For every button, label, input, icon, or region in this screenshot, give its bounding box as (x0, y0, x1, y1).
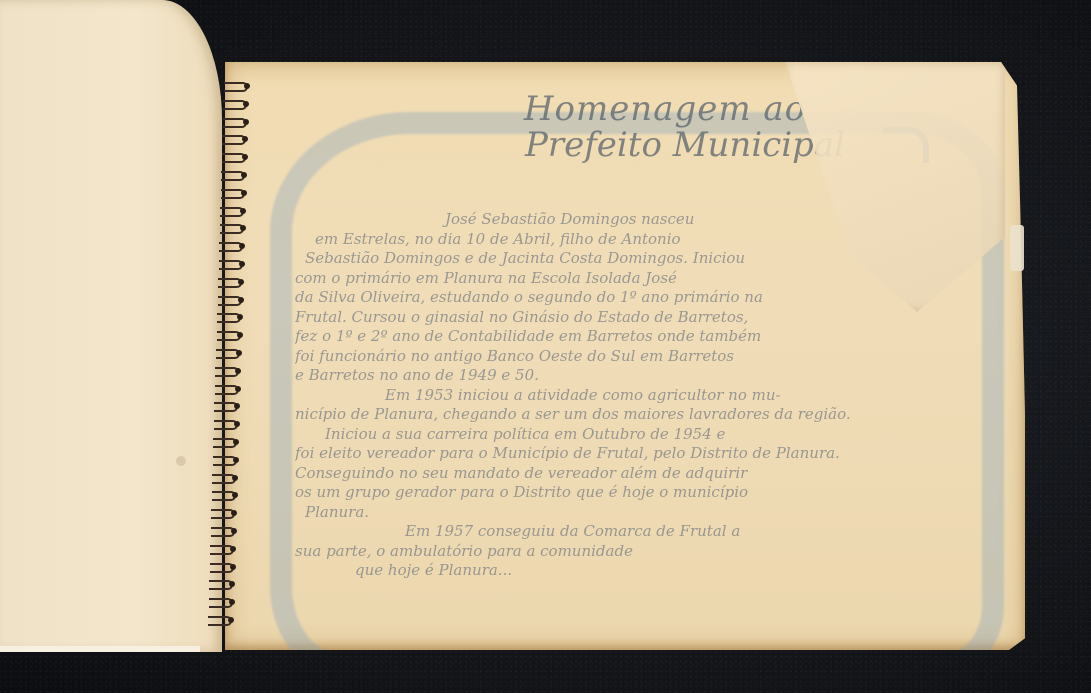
left-notebook-page (0, 0, 222, 652)
spiral-coil (213, 438, 237, 448)
text-line: Em 1953 iniciou a atividade como agricul… (295, 386, 935, 406)
spiral-coil (218, 278, 242, 288)
text-line: os um grupo gerador para o Distrito que … (295, 483, 935, 503)
spiral-binding (196, 70, 242, 630)
spiral-coil (212, 491, 236, 501)
text-line: Iniciou a sua carreira política em Outub… (295, 425, 935, 445)
spiral-coil (218, 296, 242, 306)
spiral-coil (223, 118, 247, 128)
spiral-coil (219, 260, 243, 270)
text-line: nicípio de Planura, chegando a ser um do… (295, 405, 935, 425)
spiral-coil (208, 616, 232, 626)
text-line: Conseguindo no seu mandato de vereador a… (295, 464, 935, 484)
spiral-coil (216, 349, 240, 359)
paper-stain (176, 456, 186, 466)
text-line: sua parte, o ambulatório para a comunida… (295, 542, 935, 562)
text-line: com o primário em Planura na Escola Isol… (295, 269, 935, 289)
spiral-coil (214, 420, 238, 430)
text-line: em Estrelas, no dia 10 de Abril, filho d… (295, 230, 935, 250)
text-line: e Barretos no ano de 1949 e 50. (295, 366, 935, 386)
text-line: foi funcionário no antigo Banco Oeste do… (295, 347, 935, 367)
spiral-coil (210, 545, 234, 555)
spiral-coil (221, 171, 245, 181)
spiral-coil (215, 385, 239, 395)
right-notebook-page: Homenagem ao Prefeito Municipal José Seb… (225, 62, 1025, 650)
spiral-coil (211, 527, 235, 537)
spiral-coil (220, 207, 244, 217)
spiral-coil (222, 153, 246, 163)
spiral-coil (210, 563, 234, 573)
spiral-coil (209, 580, 233, 590)
text-line: Em 1957 conseguiu da Comarca de Frutal a (295, 522, 935, 542)
page-edge (0, 646, 200, 652)
text-line: Planura. (295, 503, 935, 523)
spiral-coil (214, 402, 238, 412)
spiral-coil (215, 367, 239, 377)
text-line: Sebastião Domingos e de Jacinta Costa Do… (295, 249, 935, 269)
spiral-coil (213, 456, 237, 466)
spiral-coil (223, 100, 247, 110)
spiral-coil (211, 509, 235, 519)
spiral-coil (224, 82, 248, 92)
spiral-coil (212, 474, 236, 484)
spiral-coil (217, 313, 241, 323)
text-line: Frutal. Cursou o ginasial no Ginásio do … (295, 308, 935, 328)
text-line: que hoje é Planura... (295, 561, 935, 581)
text-line: fez o 1º e 2º ano de Contabilidade em Ba… (295, 327, 935, 347)
spiral-coil (221, 189, 245, 199)
text-line: da Silva Oliveira, estudando o segundo d… (295, 288, 935, 308)
spiral-coil (222, 135, 246, 145)
text-line: foi eleito vereador para o Município de … (295, 444, 935, 464)
spiral-coil (219, 242, 243, 252)
tape-strip (1010, 225, 1024, 271)
spiral-coil (220, 224, 244, 234)
spiral-coil (217, 331, 241, 341)
spiral-coil (209, 598, 233, 608)
handwritten-text: José Sebastião Domingos nasceu em Estrel… (295, 210, 935, 581)
